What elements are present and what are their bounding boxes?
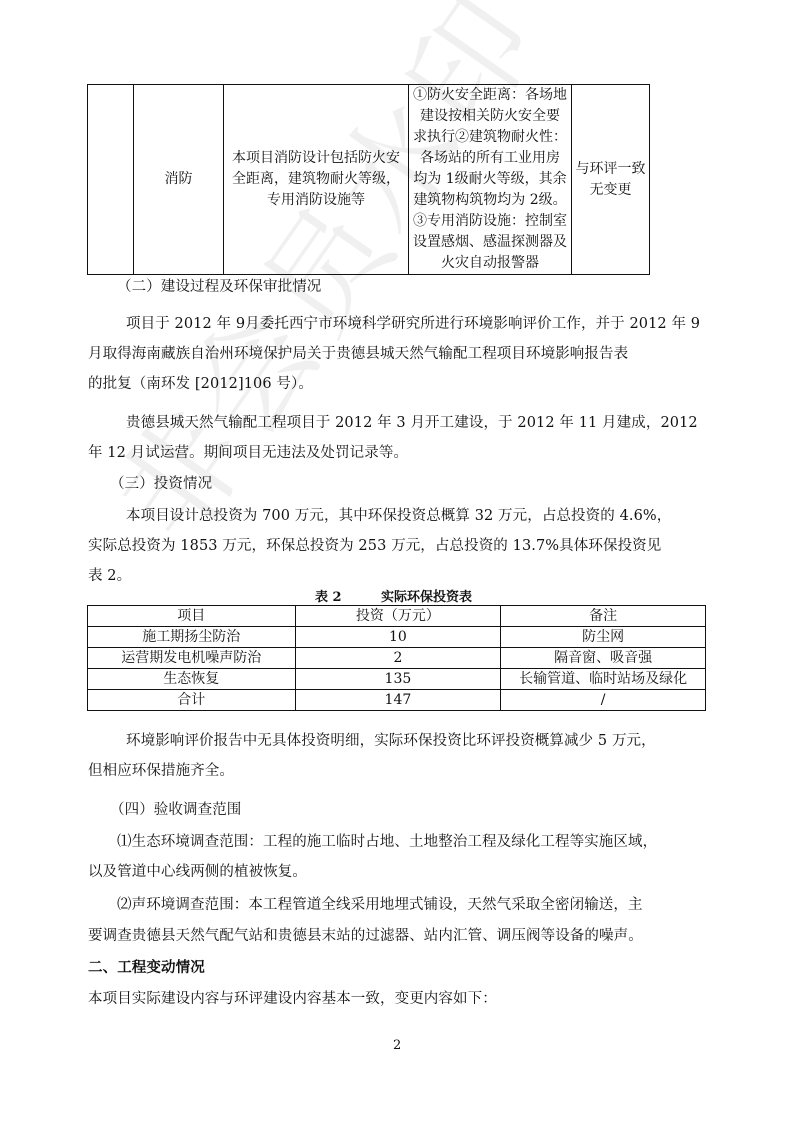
cell-line: ①防火安全距离：各场地 [412,85,568,106]
table-cell-category: 消防 [134,85,224,275]
paragraph-line: 以及管道中心线两侧的植被恢复。 [88,862,307,882]
section-heading-construction: （二）建设过程及环保审批情况 [117,277,321,297]
table-cell: 合计 [88,690,296,711]
paragraph-line: 的批复（南环发 [2012]106 号）。 [88,374,313,394]
table-cell: 10 [295,627,501,648]
paragraph-line: 贵德县城天然气输配工程项目于 2012 年 3 月开工建设，于 2012 年 1… [126,413,698,433]
paragraph-line: 要调查贵德县天然气配气站和贵德县末站的过滤器、站内汇管、调压阀等设备的噪声。 [88,926,643,946]
table-caption-number: 表 2 [315,586,342,605]
table-cell: / [501,690,706,711]
cell-line: 各场站的所有工业用房 [412,148,568,169]
paragraph-line: ⑴生态环境调查范围：工程的施工临时占地、土地整治工程及绿化工程等实施区域， [117,832,657,852]
paragraph-line: 环境影响评价报告中无具体投资明细，实际环保投资比环评投资概算减少 5 万元， [126,731,656,751]
page-number: 2 [393,1038,401,1053]
environmental-investment-table: 项目 投资（万元） 备注 施工期扬尘防治 10 防尘网 运营期发电机噪声防治 2… [87,605,706,711]
fire-protection-table: 消防 本项目消防设计包括防火安全距离，建筑物耐火等级，专用消防设施等 ①防火安全… [87,84,650,275]
column-header-investment: 投资（万元） [295,606,501,627]
cell-line: 均为 1级耐火等级，其余 [412,169,568,190]
cell-line: 火灾自动报警器 [412,253,568,274]
table-cell: 2 [295,648,501,669]
table-row: 施工期扬尘防治 10 防尘网 [88,627,706,648]
table-cell: 施工期扬尘防治 [88,627,296,648]
table-cell: 防尘网 [501,627,706,648]
paragraph-line: 但相应环保措施齐全。 [88,761,234,781]
table-header-row: 项目 投资（万元） 备注 [88,606,706,627]
table-cell: 147 [295,690,501,711]
cell-line: 设置感烟、感温探测器及 [412,232,568,253]
paragraph-line: 项目于 2012 年 9月委托西宁市环境科学研究所进行环境影响评价工作，并于 2… [126,314,700,334]
table-row: 运营期发电机噪声防治 2 隔音窗、吸音强 [88,648,706,669]
table-row-total: 合计 147 / [88,690,706,711]
section-heading-investment: （三）投资情况 [110,474,212,494]
document-page: 非会员水印 消防 本项目消防设计包括防火安全距离，建筑物耐火等级，专用消防设施等… [0,0,793,1122]
table-row: 生态恢复 135 长输管道、临时站场及绿化 [88,669,706,690]
table-row: 消防 本项目消防设计包括防火安全距离，建筑物耐火等级，专用消防设施等 ①防火安全… [88,85,650,275]
paragraph-line: 本项目实际建设内容与环评建设内容基本一致，变更内容如下： [88,989,497,1009]
table-cell: 长输管道、临时站场及绿化 [501,669,706,690]
cell-line: ③专用消防设施：控制室 [412,211,568,232]
paragraph-line: 月取得海南藏族自治州环境保护局关于贵德县城天然气输配工程项目环境影响报告表 [88,344,628,364]
paragraph-line: ⑵声环境调查范围：本工程管道全线采用地埋式铺设，天然气采取全密闭输送，主 [117,895,643,915]
paragraph-line: 表 2。 [88,566,131,586]
table-cell: 135 [295,669,501,690]
paragraph-line: 实际总投资为 1853 万元，环保总投资为 253 万元，占总投资的 13.7%… [88,536,661,556]
paragraph-line: 本项目设计总投资为 700 万元，其中环保投资总概算 32 万元，占总投资的 4… [126,506,671,526]
section-heading-scope: （四）验收调查范围 [110,800,241,820]
table-cell-actual-content: ①防火安全距离：各场地 建设按相关防火安全要 求执行②建筑物耐火性： 各场站的所… [409,85,572,275]
cell-line: 求执行②建筑物耐火性： [412,127,568,148]
table-cell: 隔音窗、吸音强 [501,648,706,669]
cell-line: 建设按相关防火安全要 [412,106,568,127]
table-cell: 运营期发电机噪声防治 [88,648,296,669]
column-header-remarks: 备注 [501,606,706,627]
table-caption-title: 实际环保投资表 [381,586,472,605]
table-cell-index [88,85,134,275]
cell-line: 建筑物构筑物均为 2级。 [412,190,568,211]
paragraph-line: 年 12 月试运营。期间项目无违法及处罚记录等。 [88,443,408,463]
chapter-heading: 二、工程变动情况 [88,958,205,978]
table-cell: 生态恢复 [88,669,296,690]
table-cell-eia-content: 本项目消防设计包括防火安全距离，建筑物耐火等级，专用消防设施等 [224,85,409,275]
table-cell-change-status: 与环评一致无变更 [572,85,650,275]
column-header-item: 项目 [88,606,296,627]
